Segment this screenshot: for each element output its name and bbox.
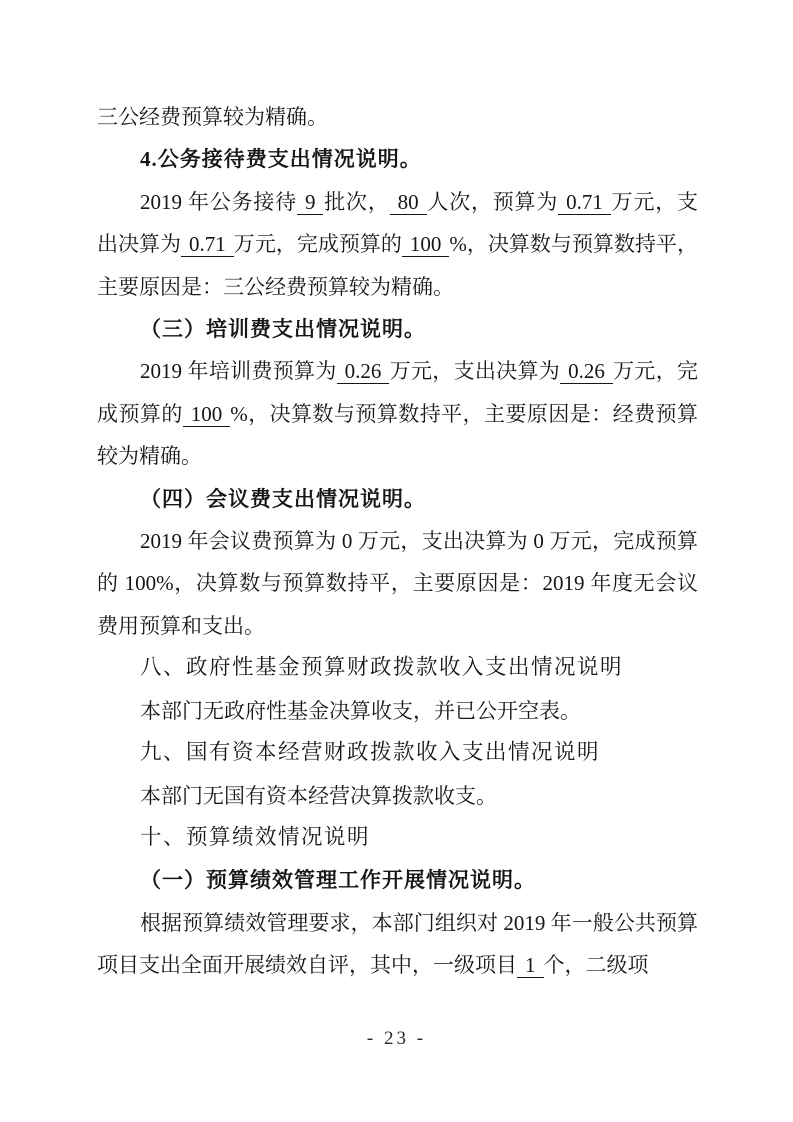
text-run: 十、预算绩效情况说明 — [140, 825, 370, 850]
text-run: 八、政府性基金预算财政拨款收入支出情况说明 — [140, 655, 623, 680]
paragraph: 本部门无政府性基金决算收支，并已公开空表。 — [97, 690, 698, 732]
text-run: （一）预算绩效管理工作开展情况说明。 — [140, 868, 536, 892]
text-run: 九、国有资本经营财政拨款收入支出情况说明 — [140, 740, 600, 765]
paragraph: 2019 年公务接待9批次，80人次，预算为0.71万元，支出决算为0.71万元… — [97, 181, 698, 308]
heading: 八、政府性基金预算财政拨款收入支出情况说明 — [97, 647, 698, 689]
paragraph: 三公经费预算较为精确。 — [97, 96, 698, 138]
page-number: - 23 - — [0, 1028, 793, 1050]
text-run: （四）会议费支出情况说明。 — [140, 487, 426, 511]
underlined-value: 80 — [390, 190, 427, 215]
paragraph: 根据预算绩效管理要求，本部门组织对 2019 年一般公共预算项目支出全面开展绩效… — [97, 902, 698, 987]
underlined-value: 9 — [297, 190, 324, 215]
heading: （三）培训费支出情况说明。 — [97, 308, 698, 350]
text-run: 本部门无国有资本经营决算拨款收支。 — [140, 784, 497, 808]
text-run: （三）培训费支出情况说明。 — [140, 317, 426, 341]
heading: （四）会议费支出情况说明。 — [97, 478, 698, 520]
text-run: 个，二级项 — [544, 953, 649, 977]
document-body: 三公经费预算较为精确。4.公务接待费支出情况说明。2019 年公务接待9批次，8… — [97, 96, 698, 987]
paragraph: 2019 年会议费预算为 0 万元，支出决算为 0 万元，完成预算的 100%，… — [97, 520, 698, 647]
underlined-value: 0.71 — [558, 190, 611, 215]
text-run: 万元，支出决算为 — [389, 359, 560, 383]
text-run: 人次，预算为 — [427, 190, 559, 214]
paragraph: 2019 年培训费预算为0.26万元，支出决算为0.26万元，完成预算的100%… — [97, 350, 698, 477]
heading: 4.公务接待费支出情况说明。 — [97, 138, 698, 180]
heading: 九、国有资本经营财政拨款收入支出情况说明 — [97, 732, 698, 774]
heading: 十、预算绩效情况说明 — [97, 817, 698, 859]
text-run: 万元，完成预算的 — [234, 232, 402, 256]
text-run: 2019 年公务接待 — [140, 190, 297, 214]
text-run: 三公经费预算较为精确。 — [97, 105, 328, 129]
underlined-value: 0.71 — [181, 232, 234, 257]
underlined-value: 0.26 — [337, 359, 390, 384]
text-run: 批次， — [323, 190, 389, 214]
text-run: 2019 年培训费预算为 — [140, 359, 337, 383]
text-run: 本部门无政府性基金决算收支，并已公开空表。 — [140, 699, 581, 723]
heading: （一）预算绩效管理工作开展情况说明。 — [97, 859, 698, 901]
paragraph: 本部门无国有资本经营决算拨款收支。 — [97, 775, 698, 817]
underlined-value: 0.26 — [560, 359, 613, 384]
underlined-value: 100 — [183, 402, 231, 427]
text-run: 2019 年会议费预算为 0 万元，支出决算为 0 万元，完成预算的 100%，… — [97, 529, 698, 638]
text-run: 4.公务接待费支出情况说明。 — [140, 147, 422, 171]
underlined-value: 100 — [402, 232, 450, 257]
underlined-value: 1 — [517, 953, 544, 978]
